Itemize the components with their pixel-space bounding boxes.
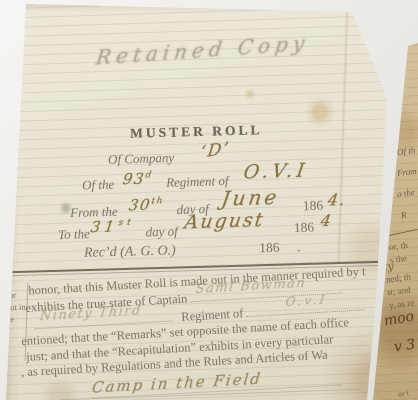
photo-of-document: Of th From o the R or, th s the ty ned; … [0, 0, 418, 400]
state-handwritten: O.V.I [242, 159, 310, 183]
from-year-handwritten: 4. [327, 190, 348, 210]
side-page-fragment: or, th [388, 240, 408, 252]
ink-mark: moo [383, 309, 415, 330]
regiment-label: Regiment of [166, 173, 229, 191]
from-day-handwritten: 30 [127, 196, 152, 215]
document-title: MUSTER ROLL [130, 122, 263, 141]
side-page-rule [388, 229, 418, 236]
ink-mark: v 3 [393, 337, 416, 356]
to-month-handwritten: August [183, 209, 266, 233]
from-month-handwritten: June [220, 185, 281, 211]
from-year-printed: 186 [303, 198, 324, 215]
side-page-fragment: From [396, 166, 417, 178]
side-page-fragment: st; and [386, 285, 411, 298]
received-line: Rec’d (A. G. O.) 186 . [84, 239, 301, 262]
day-of-label: day of [145, 224, 178, 241]
company-line: Of Company ‘D’ [108, 145, 231, 169]
from-day-suffix: th [151, 196, 165, 206]
company-label: Of Company [108, 150, 175, 168]
state-handwritten-cert: O.v.I [285, 292, 329, 310]
of-the-label: Of the [82, 177, 115, 194]
certification-paragraph: honor, that this Muster Roll is made out… [22, 261, 418, 380]
received-year-printed: 186 [259, 240, 280, 257]
to-day-handwritten: 31 [90, 217, 120, 236]
side-page-fragment: or t [397, 388, 409, 398]
margin-fragment: de [6, 314, 15, 324]
received-dot: . [297, 240, 301, 256]
company-value-handwritten: ‘D’ [200, 139, 232, 163]
received-label: Rec’d (A. G. O.) [84, 243, 176, 261]
regiment-number-handwritten: 93 [122, 170, 147, 189]
ink-mark: ty [382, 259, 395, 274]
to-year-printed: 186 [294, 219, 315, 236]
to-day-suffix: st [118, 218, 136, 229]
regiment-number-suffix: d [145, 170, 154, 180]
side-page-fragment: Of th [396, 145, 415, 157]
side-page-fragment: o the [396, 187, 415, 199]
margin-fragment: for [6, 290, 16, 301]
muster-roll-page: Retained Copy MUSTER ROLL Of Company ‘D’… [0, 0, 418, 400]
pencil-note: Retained Copy [95, 30, 311, 69]
side-page-fragment: ned; th [385, 272, 411, 285]
to-year-handwritten: 4 [320, 211, 334, 230]
to-label: To the [58, 226, 90, 243]
side-page-fragment: R [400, 210, 407, 221]
vertical-crease [336, 2, 349, 264]
